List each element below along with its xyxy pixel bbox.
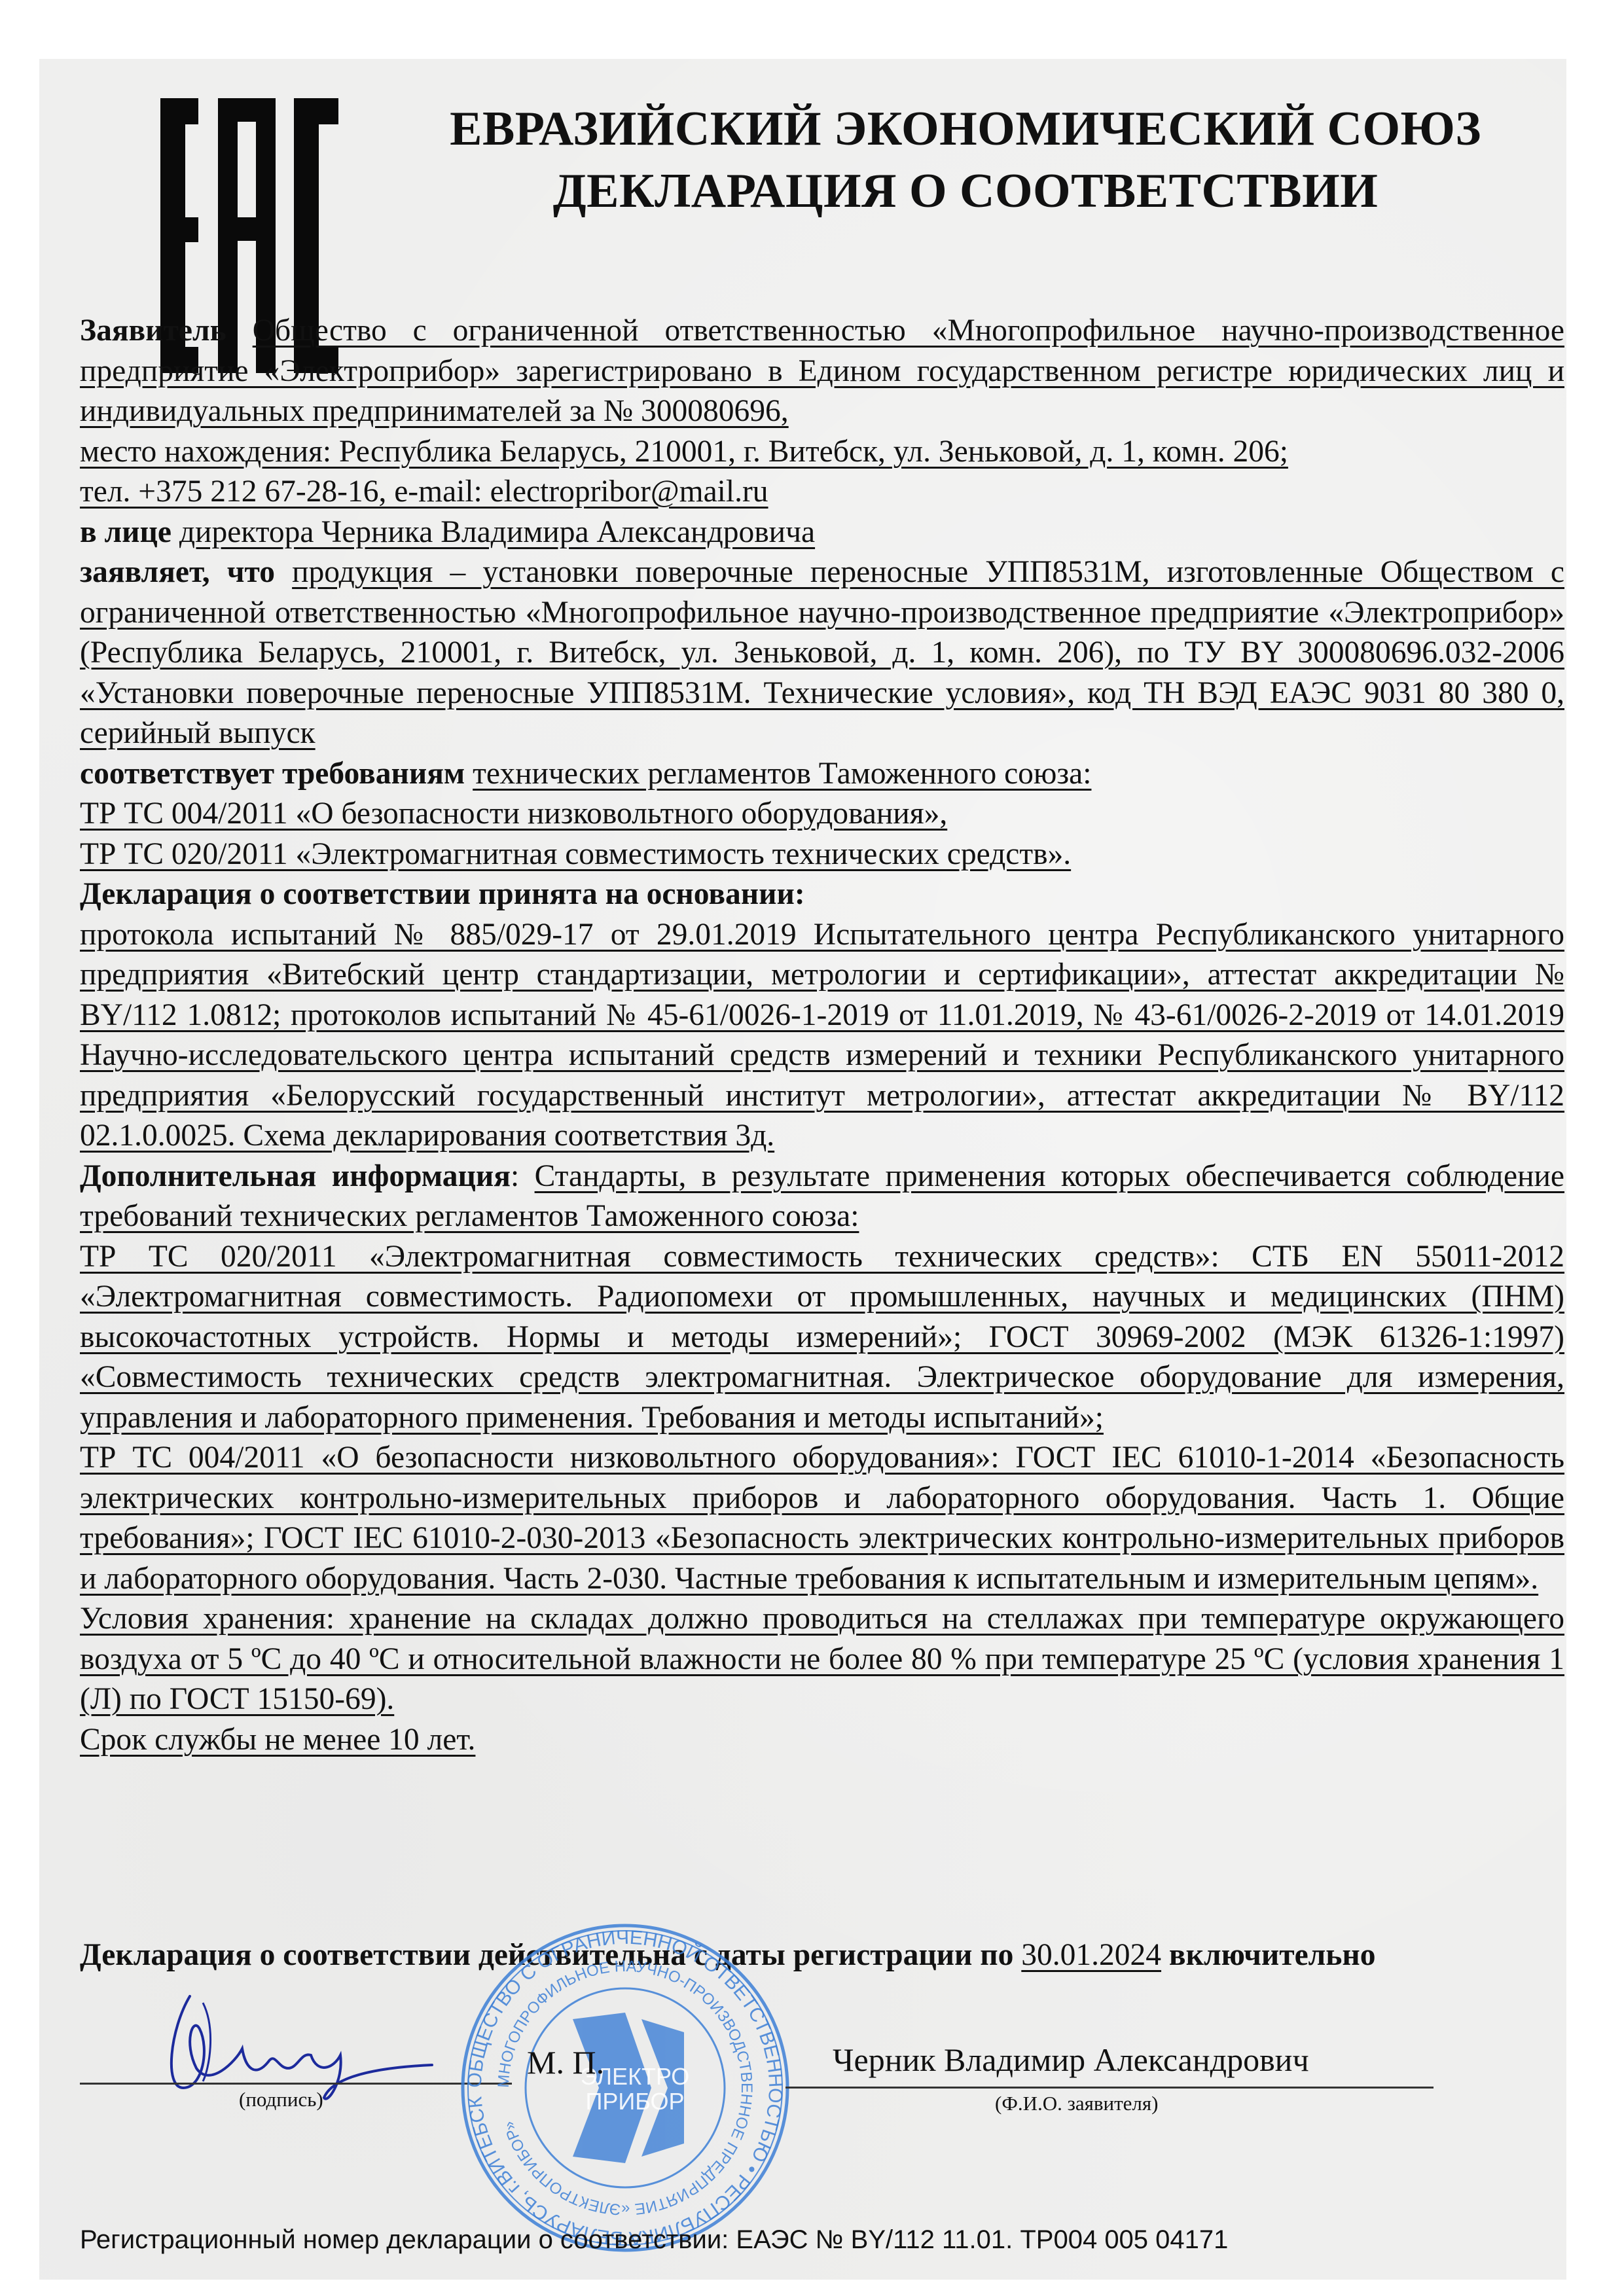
- storage-conditions: Условия хранения: хранение на складах до…: [80, 1599, 1564, 1720]
- svg-text:ПРИБОР: ПРИБОР: [586, 2088, 685, 2115]
- signature-line: [80, 2083, 512, 2085]
- declaration-title: ДЕКЛАРАЦИЯ О СООТВЕТСТВИИ: [367, 167, 1564, 215]
- company-seal-icon: ОБЩЕСТВО С ОГРАНИЧЕННОЙ ОТВЕТСТВЕННОСТЬЮ…: [458, 1921, 792, 2255]
- basis-heading: Декларация о соответствии принята на осн…: [80, 874, 1564, 915]
- regulation-item: ТР ТС 004/2011 «О безопасности низковоль…: [80, 794, 1564, 834]
- applicant-text: Общество с ограниченной ответственностью…: [80, 314, 1564, 428]
- conforms-paragraph: соответствует требованиям технических ре…: [80, 754, 1564, 795]
- seal-placeholder-label: М. П.: [527, 2043, 604, 2081]
- declares-paragraph: заявляет, что продукция – установки пове…: [80, 552, 1564, 754]
- service-life: Срок службы не менее 10 лет.: [80, 1720, 1564, 1761]
- union-title: ЕВРАЗИЙСКИЙ ЭКОНОМИЧЕСКИЙ СОЮЗ: [367, 105, 1564, 153]
- applicant-address: место нахождения: Республика Беларусь, 2…: [80, 432, 1564, 473]
- represented-by: в лице директора Черника Владимира Алекс…: [80, 512, 1564, 553]
- signature-caption: (подпись): [239, 2088, 323, 2111]
- name-line: [785, 2087, 1434, 2089]
- applicant-paragraph: Заявитель Общество с ограниченной ответс…: [80, 311, 1564, 432]
- declaration-body: Заявитель Общество с ограниченной ответс…: [80, 311, 1564, 1760]
- applicant-label: Заявитель: [80, 314, 226, 348]
- additional-info: Дополнительная информация: Стандарты, в …: [80, 1157, 1564, 1237]
- basis-text: протокола испытаний № 885/029-17 от 29.0…: [80, 915, 1564, 1157]
- name-caption: (Ф.И.О. заявителя): [995, 2092, 1158, 2115]
- validity-statement: Декларация о соответствии действительна …: [80, 1937, 1564, 1973]
- registration-number: Регистрационный номер декларации о соотв…: [80, 2225, 1228, 2255]
- standard-item: ТР ТС 020/2011 «Электромагнитная совмест…: [80, 1237, 1564, 1439]
- applicant-name: Черник Владимир Александрович: [833, 2041, 1309, 2079]
- standard-item: ТР ТС 004/2011 «О безопасности низковоль…: [80, 1438, 1564, 1599]
- regulation-item: ТР ТС 020/2011 «Электромагнитная совмест…: [80, 834, 1564, 875]
- validity-date: 30.01.2024: [1021, 1938, 1161, 1972]
- applicant-contacts: тел. +375 212 67-28-16, e-mail: electrop…: [80, 472, 1564, 512]
